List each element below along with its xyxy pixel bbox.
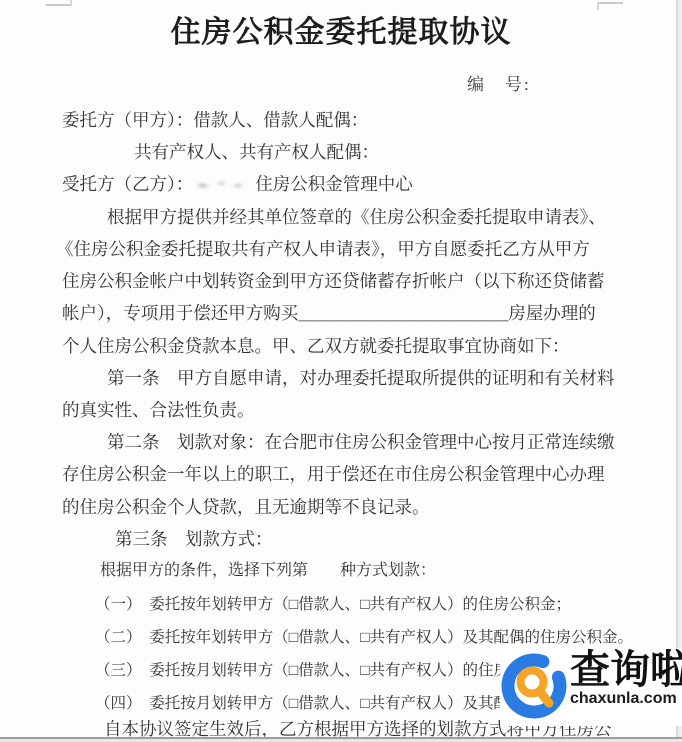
scan-artifact-top-left: [46, 4, 72, 6]
trustee-prefix: 受托方（乙方）：: [62, 174, 193, 194]
document-title: 住房公积金委托提取协议: [0, 7, 682, 51]
doc-line-blank-underline: 帐户），专项用于偿还甲方购买＿＿＿＿＿＿＿＿＿＿＿＿房屋办理的: [62, 300, 596, 326]
doc-line: 住房公积金帐户中划转资金到甲方还贷储蓄存折帐户（以下称还贷储蓄: [62, 268, 605, 294]
trustee-line: 受托方（乙方）：住房公积金管理中心: [62, 171, 413, 197]
scan-artifact-top-right: [597, 2, 623, 4]
entrustor-line-2: 共有产权人、共有产权人配偶：: [134, 139, 379, 165]
magnifier-q-icon: [500, 652, 568, 720]
payment-option-1: （一） 委托按年划转甲方（□借款人、□共有产权人）的住房公积金；: [95, 592, 571, 618]
redacted-city-blur: [196, 176, 252, 192]
scanned-agreement-page: 住房公积金委托提取协议 编 号: 委托方（甲方）：借款人、借款人配偶： 共有产权…: [0, 0, 682, 742]
chaxunla-watermark: 查询啦 chaxunla.com: [500, 648, 682, 726]
clause-2-line-3: 的住房公积金个人贷款，且无逾期等不良记录。: [62, 494, 430, 520]
page-right-margin: [678, 0, 682, 742]
document-number-label: 编 号:: [467, 70, 531, 95]
doc-line: 个人住房公积金贷款本息。甲、乙双方就委托提取事宜协商如下：: [62, 333, 570, 359]
watermark-brand-text: 查询啦: [570, 648, 682, 692]
clause-2-line: 第二条 划款对象：在合肥市住房公积金管理中心按月正常连续缴: [107, 429, 615, 455]
watermark-site-text: chaxunla.com: [570, 690, 682, 707]
clause-1-line-2: 的真实性、合法性负责。: [62, 397, 255, 423]
method-select-line: 根据甲方的条件，选择下列第 种方式划款：: [100, 558, 436, 584]
doc-line: 《住房公积金委托提取共有产权人申请表》，甲方自愿委托乙方从甲方: [56, 236, 590, 262]
clause-1-line: 第一条 甲方自愿申请，对办理委托提取所提供的证明和有关材料: [107, 365, 615, 391]
page-right-edge-line: [676, 0, 678, 742]
trustee-suffix: 住房公积金管理中心: [255, 174, 413, 194]
clause-3-line: 第三条 划款方式：: [115, 526, 273, 552]
doc-line: 根据甲方提供并经其单位签章的《住房公积金委托提取申请表》、: [107, 204, 606, 230]
clause-2-line-2: 存住房公积金一年以上的职工，用于偿还在市住房公积金管理中心办理: [62, 461, 605, 487]
entrustor-line: 委托方（甲方）：借款人、借款人配偶：: [62, 107, 368, 133]
scan-artifact-top-left-tick: [70, 0, 72, 6]
